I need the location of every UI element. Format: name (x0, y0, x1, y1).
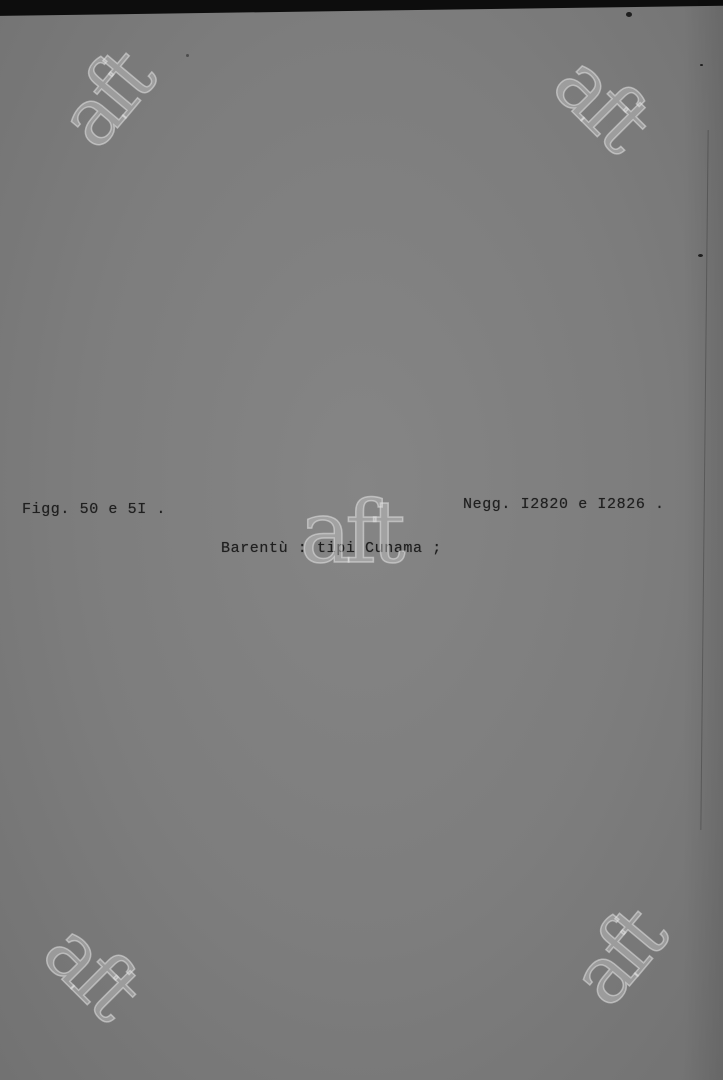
dust-speck (700, 64, 703, 66)
watermark-center: aft (300, 490, 400, 576)
watermark-top-right: aft (540, 41, 661, 162)
scanned-document-page: aft aft aft aft Figg. 50 e 5I . Negg. I2… (0, 0, 723, 1080)
dust-speck (186, 54, 189, 57)
watermark-bottom-left: aft (30, 909, 151, 1030)
figure-reference: Figg. 50 e 5I . (22, 501, 166, 518)
dust-speck (626, 12, 632, 17)
scan-top-border (0, 0, 723, 16)
negative-reference: Negg. I2820 e I2826 . (463, 496, 665, 513)
watermark-bottom-right: aft (558, 897, 678, 1018)
dust-speck (698, 254, 703, 257)
watermark-top-left: aft (46, 39, 166, 160)
